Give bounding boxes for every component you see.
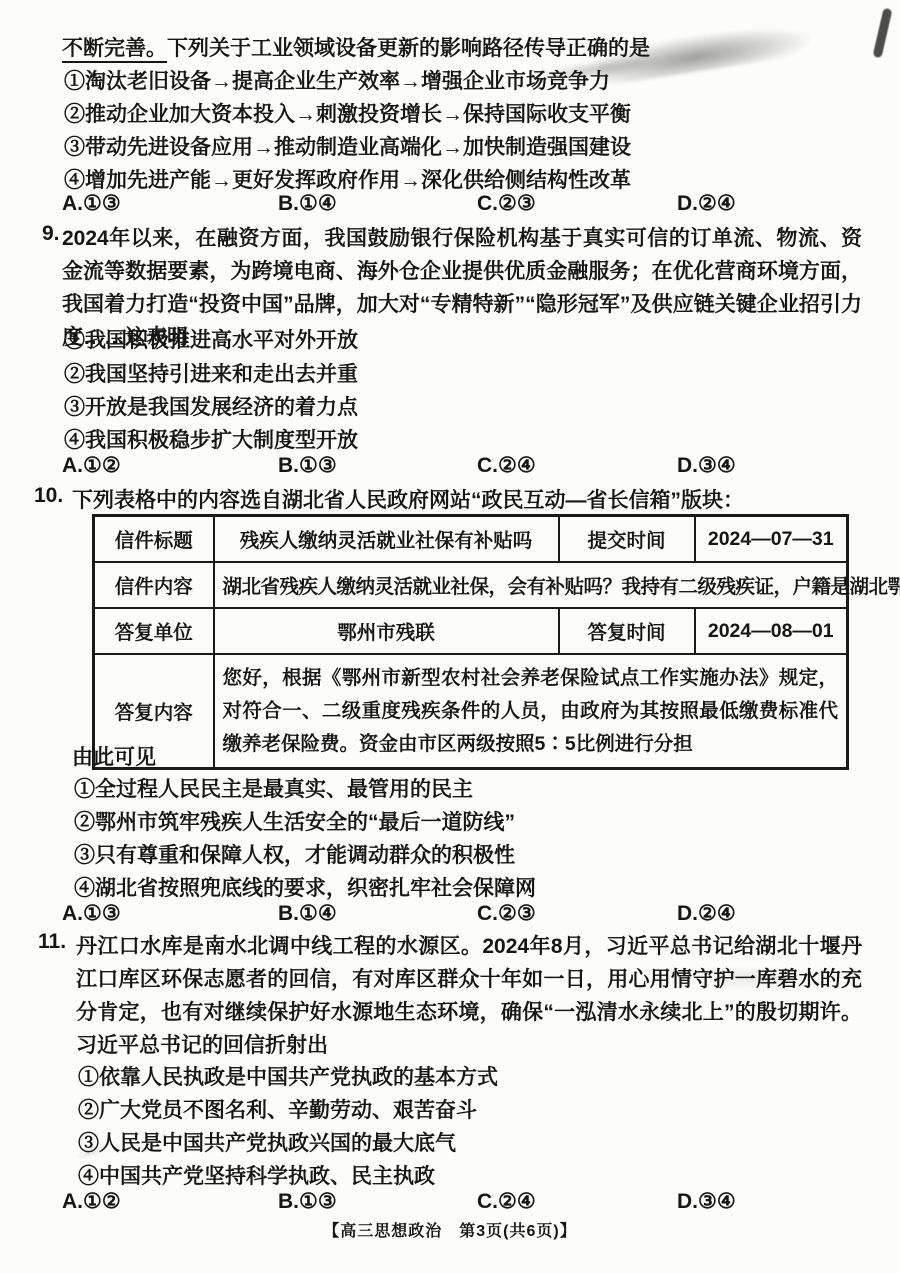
cell-reply-time-value: 2024—08—01 — [695, 608, 848, 654]
cell-submit-time-label: 提交时间 — [559, 516, 695, 563]
q9-option-d: D.③④ — [677, 453, 736, 478]
cell-submit-time-value: 2024—07—31 — [695, 516, 848, 563]
q10-item-1: ①全过程人民民主是最真实、最管用的民主 — [74, 773, 473, 803]
q10-option-c: C.②③ — [477, 901, 536, 926]
exam-page: 不断完善。下列关于工业领域设备更新的影响路径传导正确的是 ①淘汰老旧设备→提高企… — [0, 0, 900, 1273]
q8-item-1: ①淘汰老旧设备→提高企业生产效率→增强企业市场竞争力 — [64, 65, 610, 95]
q10-option-a: A.①③ — [62, 901, 121, 926]
q10-number: 10. — [34, 484, 63, 508]
q9-item-2: ②我国坚持引进来和走出去并重 — [64, 358, 358, 388]
cell-letter-content-value: 湖北省残疾人缴纳灵活就业社保，会有补贴吗？我持有二级残疾证，户籍是湖北鄂州 — [214, 562, 848, 608]
q8-option-c: C.②③ — [477, 191, 536, 216]
q9-item-1: ①我国积极推进高水平对外开放 — [64, 324, 358, 354]
q11-option-c: C.②④ — [477, 1189, 536, 1214]
q11-option-d: D.③④ — [677, 1189, 736, 1214]
q11-options: A.①② B.①③ C.②④ D.③④ — [0, 1189, 900, 1219]
q11-item-3: ③人民是中国共产党执政兴国的最大底气 — [78, 1127, 456, 1157]
q11-stem: 丹江口水库是南水北调中线工程的水源区。2024年8月，习近平总书记给湖北十堰丹江… — [76, 930, 862, 1062]
q11-option-a: A.①② — [62, 1189, 121, 1214]
q11-option-b: B.①③ — [278, 1189, 337, 1214]
q9-item-4: ④我国积极稳步扩大制度型开放 — [64, 424, 358, 454]
q10-item-2: ②鄂州市筑牢残疾人生活安全的“最后一道防线” — [74, 806, 515, 836]
q9-option-a: A.①② — [62, 453, 121, 478]
q8-item-2: ②推动企业加大资本投入→刺激投资增长→保持国际收支平衡 — [64, 98, 631, 128]
q8-intro-underlined: 不断完善。 — [62, 37, 167, 63]
cell-letter-title-label: 信件标题 — [94, 516, 214, 563]
scan-corner-mark — [872, 8, 892, 59]
table-row-reply-unit: 答复单位 鄂州市残联 答复时间 2024—08—01 — [94, 608, 848, 654]
cell-reply-time-label: 答复时间 — [559, 608, 695, 654]
q10-stem: 下列表格中的内容选自湖北省人民政府网站“政民互动—省长信箱”版块： — [72, 484, 744, 514]
q8-intro: 不断完善。下列关于工业领域设备更新的影响路径传导正确的是 — [62, 32, 650, 62]
q10-item-3: ③只有尊重和保障人权，才能调动群众的积极性 — [74, 839, 515, 869]
q8-item-4: ④增加先进产能→更好发挥政府作用→深化供给侧结构性改革 — [64, 164, 631, 194]
q9-option-c: C.②④ — [477, 453, 536, 478]
cell-letter-content-label: 信件内容 — [94, 562, 214, 608]
q10-option-d: D.②④ — [677, 901, 736, 926]
q11-item-4: ④中国共产党坚持科学执政、民主执政 — [78, 1160, 435, 1190]
cell-letter-title-content: 残疾人缴纳灵活就业社保有补贴吗 — [214, 516, 559, 563]
cell-reply-unit-label: 答复单位 — [94, 608, 214, 654]
table-row-content: 信件内容 湖北省残疾人缴纳灵活就业社保，会有补贴吗？我持有二级残疾证，户籍是湖北… — [94, 562, 848, 608]
q10-item-4: ④湖北省按照兜底线的要求，织密扎牢社会保障网 — [74, 872, 536, 902]
q8-option-d: D.②④ — [677, 191, 736, 216]
page-footer: 【高三思想政治 第3页(共6页)】 — [0, 1218, 900, 1241]
q8-intro-rest: 下列关于工业领域设备更新的影响路径传导正确的是 — [167, 37, 650, 60]
q9-number: 9. — [42, 222, 60, 246]
q8-item-3: ③带动先进设备应用→推动制造业高端化→加快制造强国建设 — [64, 131, 631, 161]
q10-options: A.①③ B.①④ C.②③ D.②④ — [0, 901, 900, 931]
q8-option-b: B.①④ — [278, 191, 337, 216]
q9-option-b: B.①③ — [278, 453, 337, 478]
letter-table: 信件标题 残疾人缴纳灵活就业社保有补贴吗 提交时间 2024—07—31 信件内… — [92, 514, 849, 770]
q9-item-3: ③开放是我国发展经济的着力点 — [64, 391, 358, 421]
table-row-title: 信件标题 残疾人缴纳灵活就业社保有补贴吗 提交时间 2024—07—31 — [94, 516, 848, 563]
q9-options: A.①② B.①③ C.②④ D.③④ — [0, 453, 900, 483]
cell-reply-unit-content: 鄂州市残联 — [214, 608, 559, 654]
q11-item-1: ①依靠人民执政是中国共产党执政的基本方式 — [78, 1061, 498, 1091]
q8-option-a: A.①③ — [62, 191, 121, 216]
table-row-reply-content: 答复内容 您好，根据《鄂州市新型农村社会养老保险试点工作实施办法》规定，对符合一… — [94, 654, 848, 769]
q10-option-b: B.①④ — [278, 901, 337, 926]
q10-lead-out: 由此可见 — [72, 741, 156, 771]
cell-reply-content-value: 您好，根据《鄂州市新型农村社会养老保险试点工作实施办法》规定，对符合一、二级重度… — [214, 654, 848, 769]
q11-number: 11. — [38, 930, 66, 954]
q11-item-2: ②广大党员不图名利、辛勤劳动、艰苦奋斗 — [78, 1094, 477, 1124]
q8-options: A.①③ B.①④ C.②③ D.②④ — [0, 191, 900, 221]
